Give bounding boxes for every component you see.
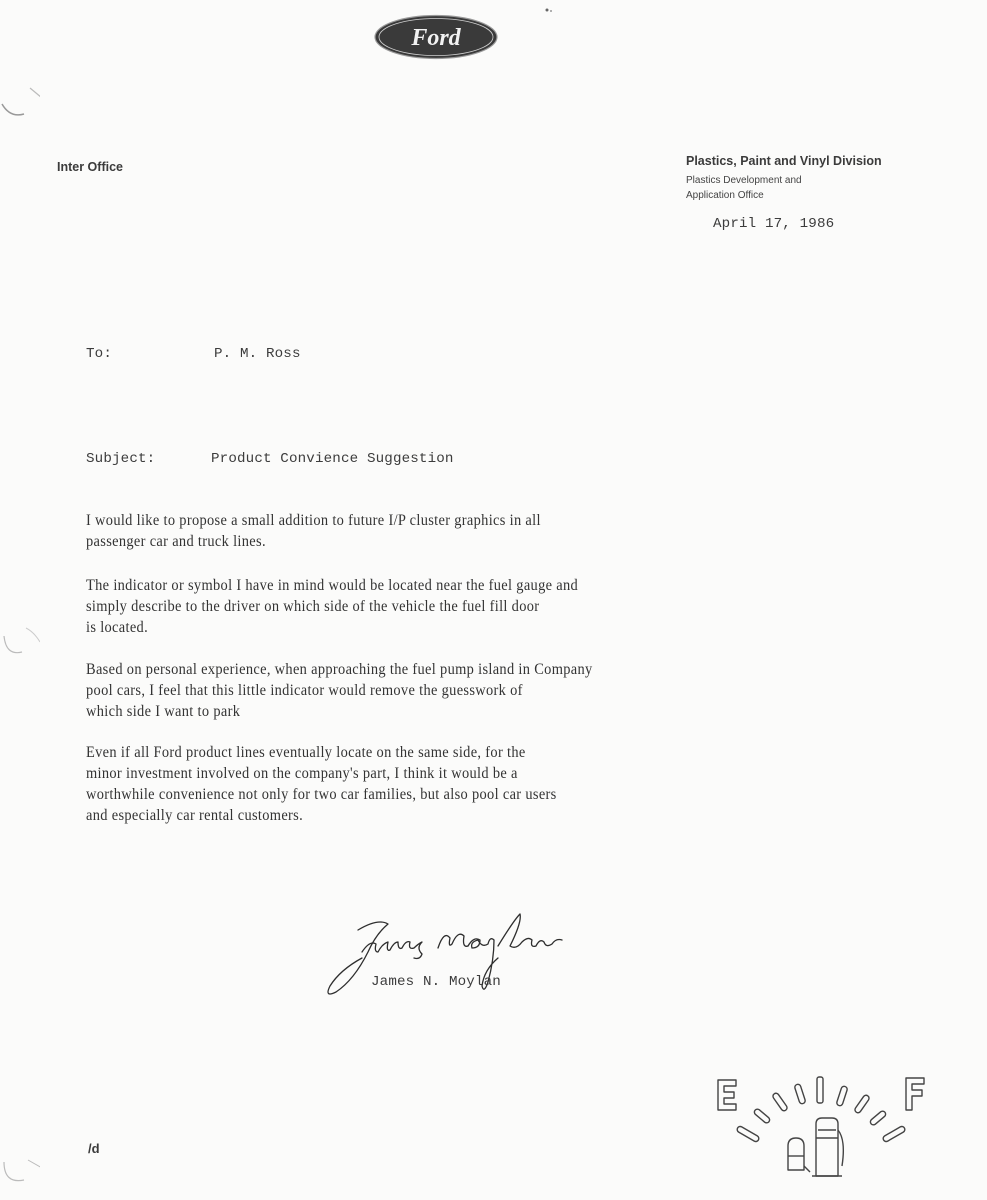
department-line: Application Office <box>686 188 802 203</box>
gauge-full-label: F <box>712 1070 722 1075</box>
recipient: P. M. Ross <box>214 346 301 362</box>
ford-logo: Ford <box>373 14 499 60</box>
signer-name: James N. Moylan <box>371 974 501 990</box>
car-icon <box>788 1138 810 1172</box>
department-line: Plastics Development and <box>686 173 802 188</box>
gauge-empty-label: E <box>712 1070 722 1075</box>
memo-date: April 17, 1986 <box>713 216 834 232</box>
punch-hole-mark <box>0 1156 40 1196</box>
division-name: Plastics, Paint and Vinyl Division <box>686 154 882 168</box>
body-paragraph: Based on personal experience, when appro… <box>86 659 593 722</box>
fuel-gauge-sketch: E F <box>712 1070 932 1180</box>
memo-type: Inter Office <box>57 160 123 174</box>
body-paragraph: I would like to propose a small addition… <box>86 510 541 552</box>
fuel-pump-icon <box>812 1118 843 1176</box>
empty-letter-icon <box>718 1080 736 1110</box>
punch-hole-mark <box>0 622 40 662</box>
ford-logo-text: Ford <box>410 25 461 51</box>
subject-label: Subject: <box>86 451 155 467</box>
subject: Product Convience Suggestion <box>211 451 454 467</box>
typist-initials: /d <box>88 1141 100 1156</box>
gauge-tick-marks <box>736 1077 906 1143</box>
full-letter-icon <box>906 1078 924 1110</box>
department: Plastics Development and Application Off… <box>686 173 802 203</box>
scan-speck <box>545 0 553 5</box>
body-paragraph: The indicator or symbol I have in mind w… <box>86 575 578 638</box>
body-paragraph: Even if all Ford product lines eventuall… <box>86 742 557 826</box>
punch-hole-mark <box>0 84 40 124</box>
to-label: To: <box>86 346 112 362</box>
